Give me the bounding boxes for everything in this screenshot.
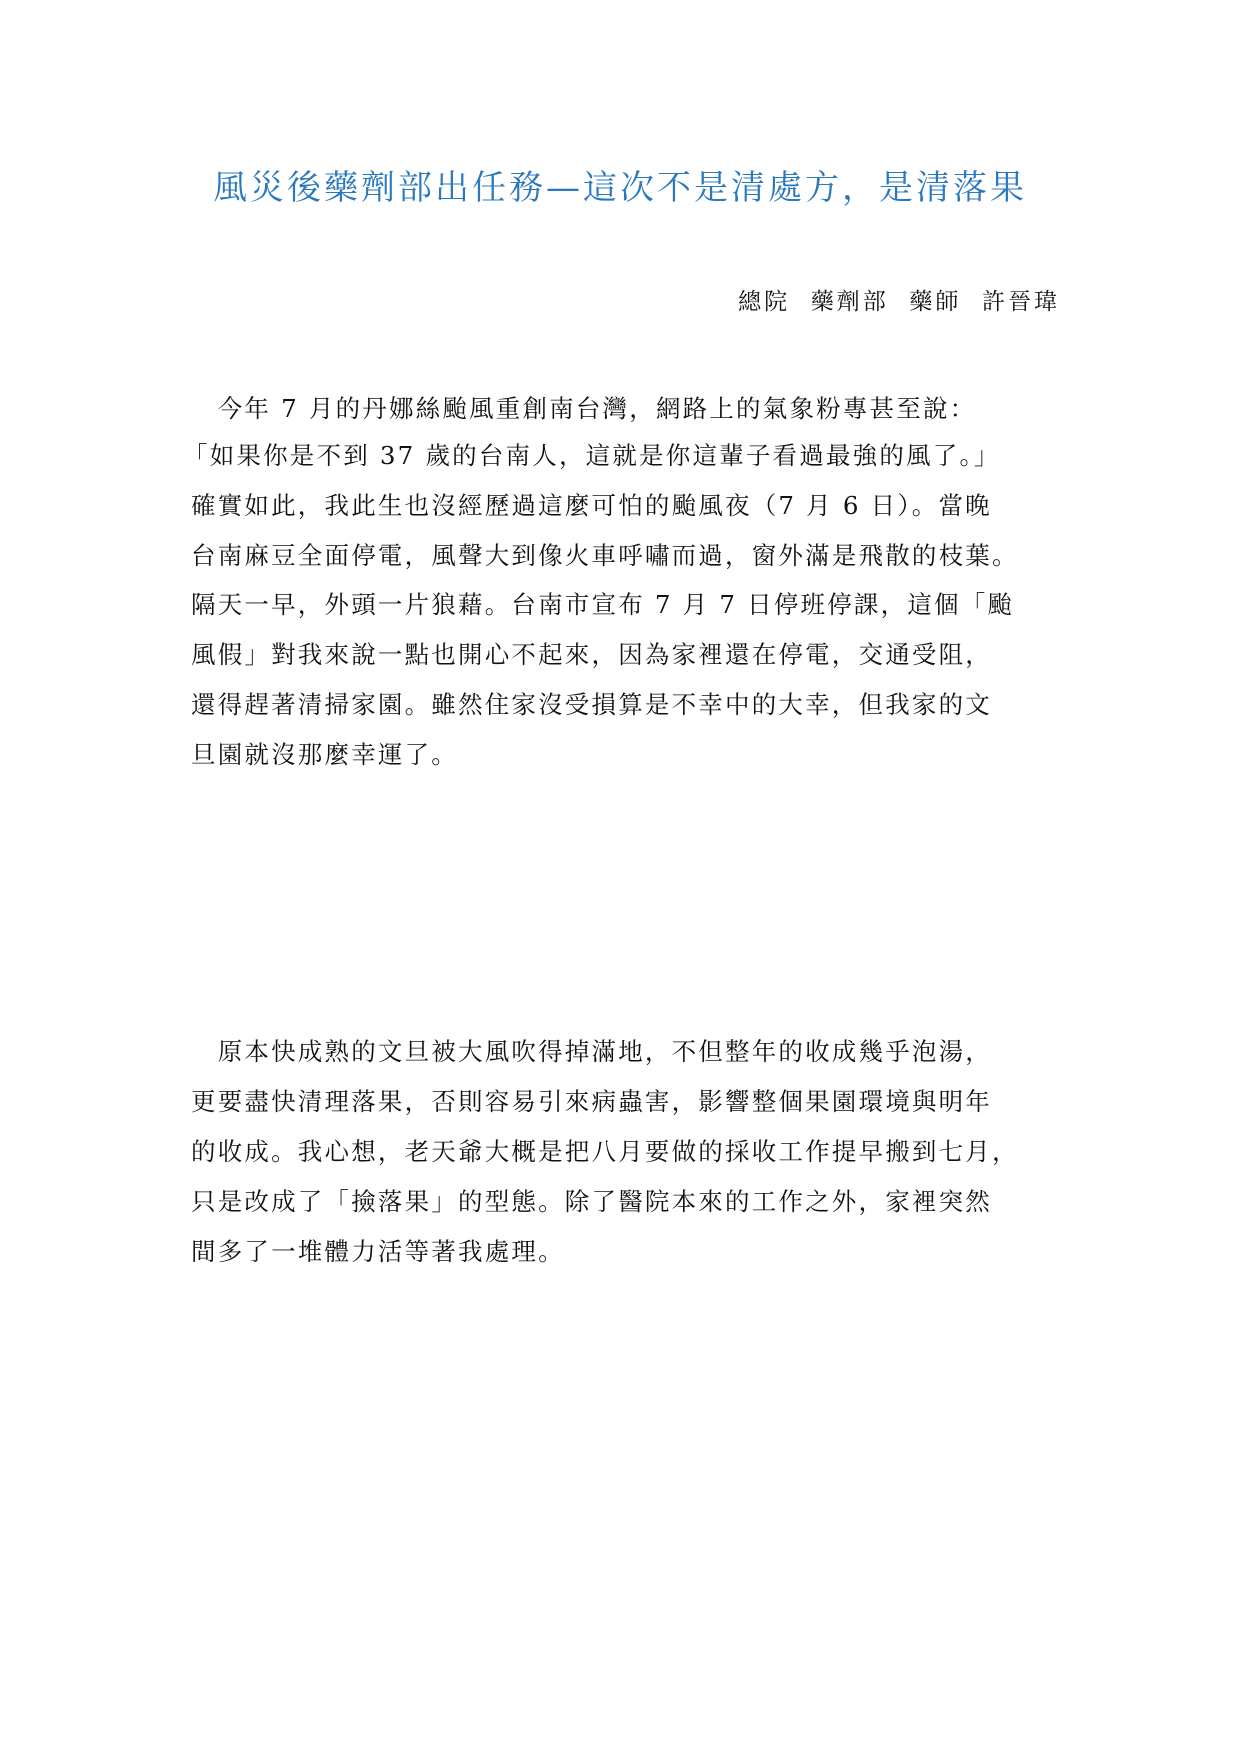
paragraph-line: 今年 7 月的丹娜絲颱風重創南台灣，網路上的氣象粉專甚至說： bbox=[191, 390, 976, 425]
paragraph-line: 「如果你是不到 37 歲的台南人，這就是你這輩子看過最強的風了。」 bbox=[183, 437, 1001, 472]
paragraph-line: 還得趕著清掃家園。雖然住家沒受損算是不幸中的大幸，但我家的文 bbox=[191, 686, 992, 721]
paragraph-line: 風假」對我來說一點也開心不起來，因為家裡還在停電，交通受阻， bbox=[191, 636, 992, 671]
paragraph-line: 的收成。我心想，老天爺大概是把八月要做的採收工作提早搬到七月， bbox=[191, 1133, 1019, 1168]
paragraph-line: 間多了一堆體力活等著我處理。 bbox=[191, 1233, 565, 1268]
paragraph-line: 確實如此，我此生也沒經歷過這麼可怕的颱風夜（7 月 6 日）。當晚 bbox=[191, 487, 992, 522]
paragraph-line: 原本快成熟的文旦被大風吹得掉滿地，不但整年的收成幾乎泡湯， bbox=[191, 1033, 992, 1068]
paragraph-line: 旦園就沒那麼幸運了。 bbox=[191, 736, 458, 771]
paragraph-line: 更要盡快清理落果，否則容易引來病蟲害，影響整個果園環境與明年 bbox=[191, 1083, 992, 1118]
paragraph-line: 台南麻豆全面停電，風聲大到像火車呼嘯而過，窗外滿是飛散的枝葉。 bbox=[191, 537, 1019, 572]
article-title: 風災後藥劑部出任務—這次不是清處方，是清落果 bbox=[0, 160, 1240, 209]
paragraph-line: 只是改成了「撿落果」的型態。除了醫院本來的工作之外，家裡突然 bbox=[191, 1183, 992, 1218]
paragraph-line: 隔天一早，外頭一片狼藉。台南市宣布 7 月 7 日停班停課，這個「颱 bbox=[191, 586, 1014, 621]
author-byline: 總院 藥劑部 藥師 許晉瑋 bbox=[738, 283, 1060, 316]
